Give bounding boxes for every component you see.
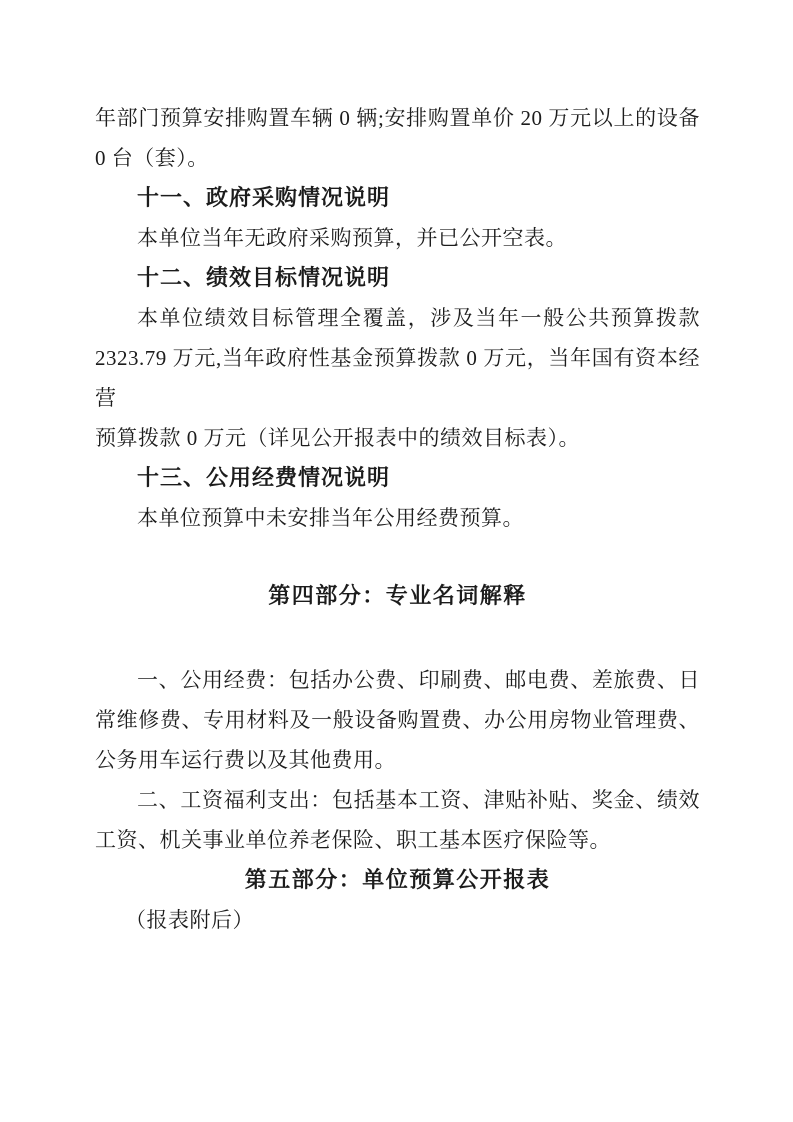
body-line: 本单位预算中未安排当年公用经费预算。 <box>95 498 700 538</box>
heading-section-13: 十三、公用经费情况说明 <box>95 458 700 498</box>
part-4-title: 第四部分：专业名词解释 <box>95 574 700 618</box>
body-line: （报表附后） <box>95 900 700 940</box>
body-line: 本单位当年无政府采购预算，并已公开空表。 <box>95 218 700 258</box>
body-line: 2323.79 万元,当年政府性基金预算拨款 0 万元，当年国有资本经营 <box>95 338 700 418</box>
body-line: 常维修费、专用材料及一般设备购置费、办公用房物业管理费、 <box>95 700 700 740</box>
heading-section-12: 十二、绩效目标情况说明 <box>95 258 700 298</box>
body-line: 0 台（套）。 <box>95 138 700 178</box>
body-line: 预算拨款 0 万元（详见公开报表中的绩效目标表）。 <box>95 418 700 458</box>
body-line: 一、公用经费：包括办公费、印刷费、邮电费、差旅费、日 <box>95 660 700 700</box>
body-line: 公务用车运行费以及其他费用。 <box>95 740 700 780</box>
body-line: 二、工资福利支出：包括基本工资、津贴补贴、奖金、绩效 <box>95 780 700 820</box>
heading-section-11: 十一、政府采购情况说明 <box>95 178 700 218</box>
body-line: 工资、机关事业单位养老保险、职工基本医疗保险等。 <box>95 820 700 860</box>
part-5-title: 第五部分：单位预算公开报表 <box>95 860 700 900</box>
document-page: 年部门预算安排购置车辆 0 辆;安排购置单价 20 万元以上的设备 0 台（套）… <box>0 0 793 1122</box>
body-line: 本单位绩效目标管理全覆盖，涉及当年一般公共预算拨款 <box>95 298 700 338</box>
body-line: 年部门预算安排购置车辆 0 辆;安排购置单价 20 万元以上的设备 <box>95 98 700 138</box>
